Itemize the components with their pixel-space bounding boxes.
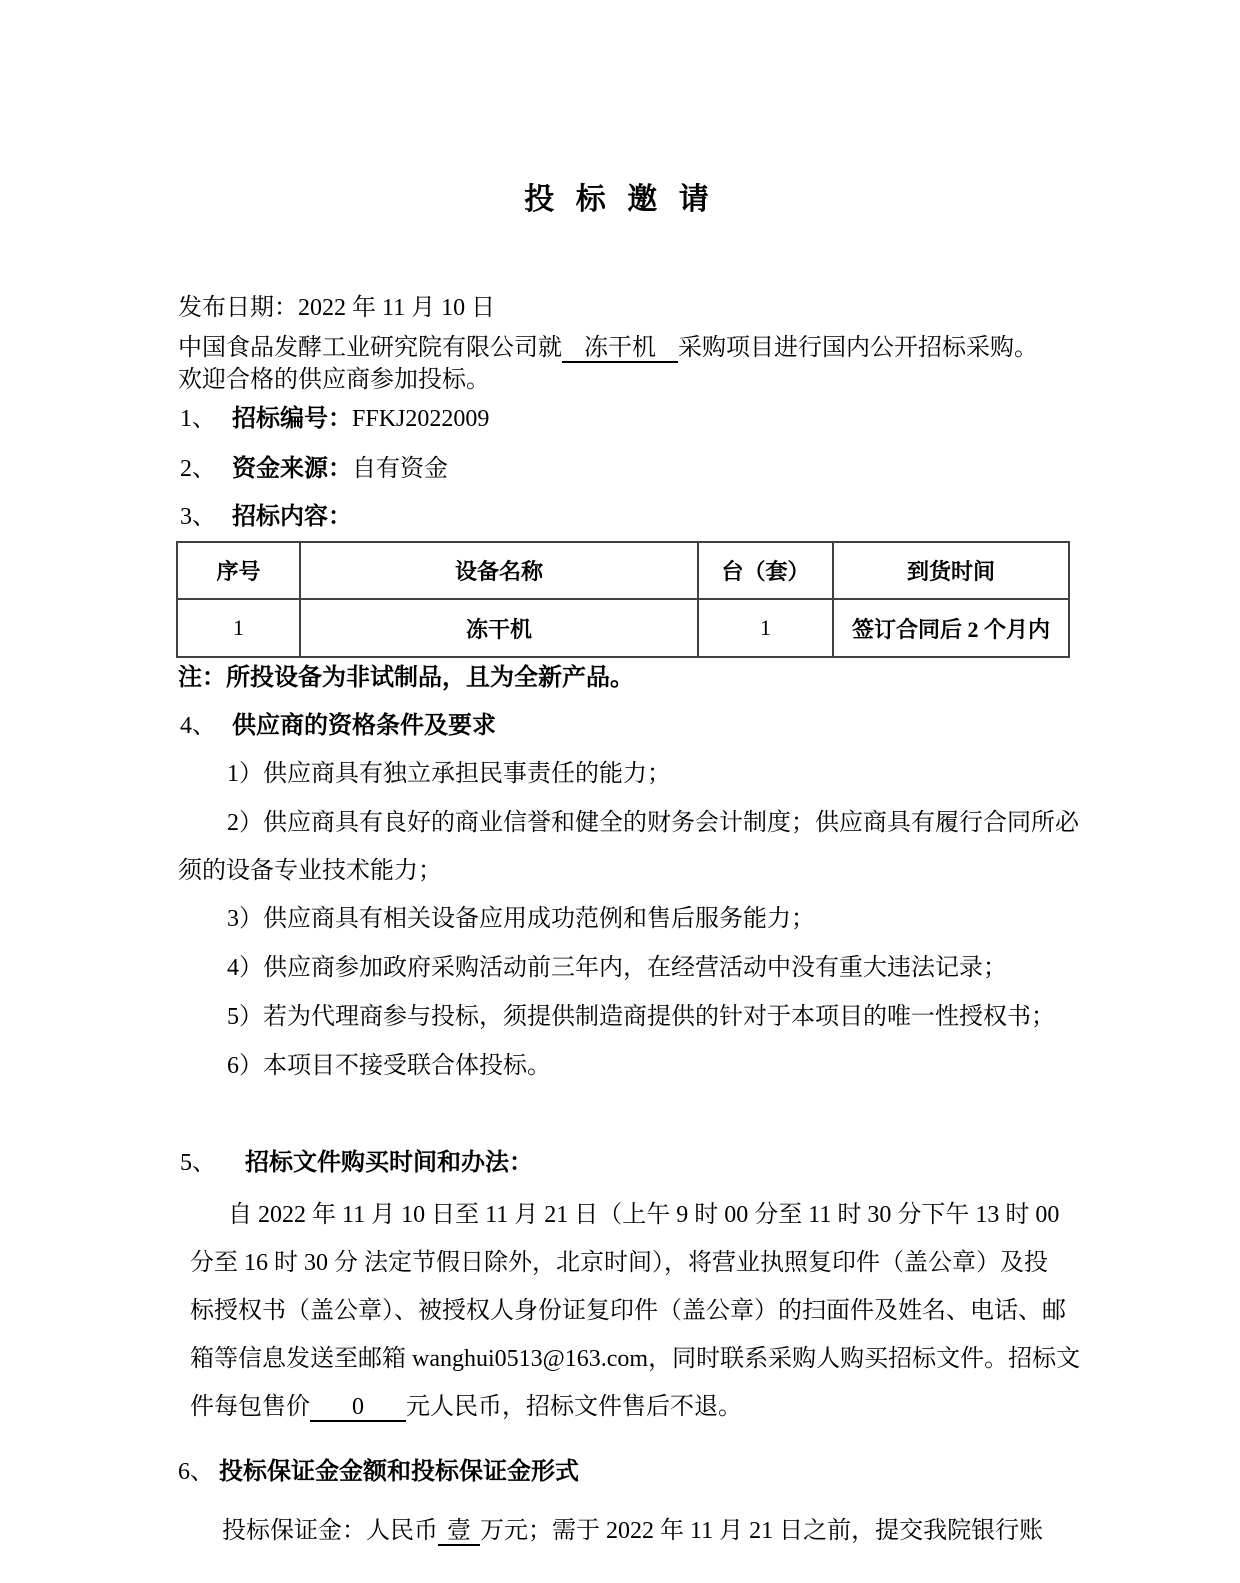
qualification-item-4: 4）供应商参加政府采购活动前三年内，在经营活动中没有重大违法记录； [227,953,1007,983]
table-row: 1 冻干机 1 签订合同后 2 个月内 [177,599,1069,657]
section-5-label: 招标文件购买时间和办法： [245,1150,533,1176]
table-header-serial: 序号 [177,542,300,599]
cell-serial: 1 [177,599,300,657]
note-line: 注：所投设备为非试制品，且为全新产品。 [178,663,634,693]
section-1-number: 1、 [180,404,232,434]
section-2-heading: 2、资金来源：自有资金 [180,454,448,484]
section-4-heading: 4、供应商的资格条件及要求 [180,711,496,741]
purchase-paragraph-line1: 自 2022 年 11 月 10 日至 11 月 21 日（上午 9 时 00 … [228,1200,1059,1230]
table-header-row: 序号 设备名称 台（套） 到货时间 [177,542,1069,599]
opening-paragraph-line2: 欢迎合格的供应商参加投标。 [178,365,490,395]
opening-before: 中国食品发酵工业研究院有限公司就 [178,335,562,361]
price-after: 元人民币，招标文件售后不退。 [406,1394,742,1420]
qualification-item-3: 3）供应商具有相关设备应用成功范例和售后服务能力； [227,904,815,934]
section-2-number: 2、 [180,454,232,484]
document-page: 投 标 邀 请 发布日期：2022 年 11 月 10 日 中国食品发酵工业研究… [0,0,1240,1583]
qualification-item-5: 5）若为代理商参与投标，须提供制造商提供的针对于本项目的唯一性授权书； [227,1002,1055,1032]
fund-source: 自有资金 [352,456,448,482]
section-1-heading: 1、招标编号：FFKJ2022009 [180,404,489,434]
tender-number: FFKJ2022009 [352,406,489,432]
bid-content-table: 序号 设备名称 台（套） 到货时间 1 冻干机 1 签订合同后 2 个月内 [176,541,1070,658]
table-header-quantity: 台（套） [698,542,833,599]
cell-quantity: 1 [698,599,833,657]
section-4-label: 供应商的资格条件及要求 [232,713,496,739]
procurement-item-underlined: 冻干机 [562,335,678,363]
cell-delivery: 签订合同后 2 个月内 [833,599,1069,657]
deposit-after: 万元；需于 2022 年 11 月 21 日之前，提交我院银行账 [480,1518,1043,1544]
price-before: 件每包售价 [190,1394,310,1420]
section-2-label: 资金来源： [232,456,352,482]
page-title: 投 标 邀 请 [0,181,1240,219]
deposit-before: 投标保证金：人民币 [222,1518,438,1544]
qualification-item-6: 6）本项目不接受联合体投标。 [227,1051,551,1081]
publish-date: 发布日期：2022 年 11 月 10 日 [178,293,495,323]
section-6-label: 投标保证金金额和投标保证金形式 [219,1459,579,1485]
section-3-number: 3、 [180,502,232,532]
purchase-paragraph-line2: 分至 16 时 30 分 法定节假日除外，北京时间），将营业执照复印件（盖公章）… [190,1248,1048,1278]
opening-after: 采购项目进行国内公开招标采购。 [678,335,1038,361]
qualification-item-2: 2）供应商具有良好的商业信誉和健全的财务会计制度；供应商具有履行合同所必 [227,808,1079,838]
deposit-line: 投标保证金：人民币壹万元；需于 2022 年 11 月 21 日之前，提交我院银… [222,1516,1043,1546]
section-4-number: 4、 [180,711,232,741]
table-header-device: 设备名称 [300,542,698,599]
section-3-heading: 3、招标内容： [180,502,352,532]
purchase-paragraph-line5: 件每包售价0元人民币，招标文件售后不退。 [190,1392,742,1422]
section-5-heading: 5、招标文件购买时间和办法： [180,1148,533,1178]
qualification-item-1: 1）供应商具有独立承担民事责任的能力； [227,759,671,789]
purchase-paragraph-line4: 箱等信息发送至邮箱 wanghui0513@163.com，同时联系采购人购买招… [190,1344,1080,1374]
cell-device: 冻干机 [300,599,698,657]
section-5-number: 5、 [180,1148,245,1178]
deposit-amount-underlined: 壹 [438,1518,480,1546]
purchase-paragraph-line3: 标授权书（盖公章）、被授权人身份证复印件（盖公章）的扫面件及姓名、电话、邮 [190,1296,1066,1326]
section-1-label: 招标编号： [232,406,352,432]
section-6-number: 6、 [178,1459,214,1485]
section-6-heading: 6、投标保证金金额和投标保证金形式 [178,1457,579,1487]
table-header-delivery: 到货时间 [833,542,1069,599]
price-underlined: 0 [310,1394,406,1422]
qualification-item-2-continued: 须的设备专业技术能力； [178,856,442,886]
opening-paragraph-line1: 中国食品发酵工业研究院有限公司就冻干机采购项目进行国内公开招标采购。 [178,333,1038,363]
section-3-label: 招标内容： [232,504,352,530]
